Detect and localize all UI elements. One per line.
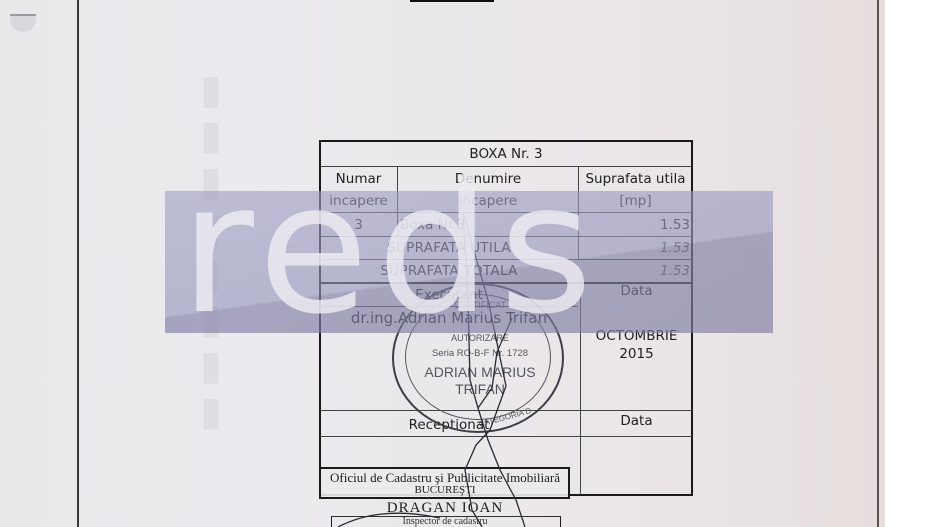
- total-area-label: SUPRAFATA TOTALA: [320, 260, 578, 282]
- header-name-line2: incapere: [398, 190, 578, 212]
- header-area-line1: Suprafata utila: [579, 167, 692, 190]
- seal-authorization: AUTORIZARE: [430, 333, 530, 343]
- row-number: 3: [320, 213, 397, 236]
- header-number-line1: Numar: [320, 167, 397, 190]
- receptionat-date-label: Data: [581, 410, 692, 432]
- seal-series: Seria RO-B-F Nr. 1728: [420, 348, 540, 359]
- table-title: BOXA Nr. 3: [320, 141, 692, 166]
- ocpi-city: BUCUREŞTI: [321, 484, 569, 496]
- ocpi-inspector-name: DRAGAN IOAN: [321, 500, 569, 517]
- executant-date-label: Data: [581, 280, 692, 302]
- total-useful-label: SUPRAFATA UTILA: [320, 237, 578, 259]
- bleed-through-text: ▮▮▮▮▮▮▮▮: [188, 60, 234, 440]
- total-area-value: 1.53: [579, 260, 692, 282]
- header-name-line1: Denumire: [398, 167, 578, 190]
- top-black-bar: [410, 0, 494, 2]
- seal-name-line2: TRIFAN: [430, 381, 530, 397]
- page-margin-line: [77, 0, 79, 527]
- punch-hole-mark: [10, 14, 36, 32]
- table-rule: [320, 436, 692, 437]
- executant-date-month: OCTOMBRIE: [581, 327, 692, 345]
- seal-name-line1: ADRIAN MARIUS: [410, 364, 550, 380]
- table-rule: [580, 283, 581, 495]
- header-number-line2: incapere: [320, 190, 397, 212]
- total-useful-value: 1.53: [579, 237, 692, 259]
- header-area-line2: [mp]: [579, 190, 692, 212]
- page-edge-line: [877, 0, 879, 527]
- executant-date-year: 2015: [581, 345, 692, 363]
- row-area: 1.53: [579, 213, 692, 236]
- seal-certificate: CERTIFICAT: [430, 300, 530, 310]
- ocpi-inspector-role: Inspector de cadastru: [321, 516, 569, 527]
- row-name: Boxa Nr.3: [400, 213, 576, 236]
